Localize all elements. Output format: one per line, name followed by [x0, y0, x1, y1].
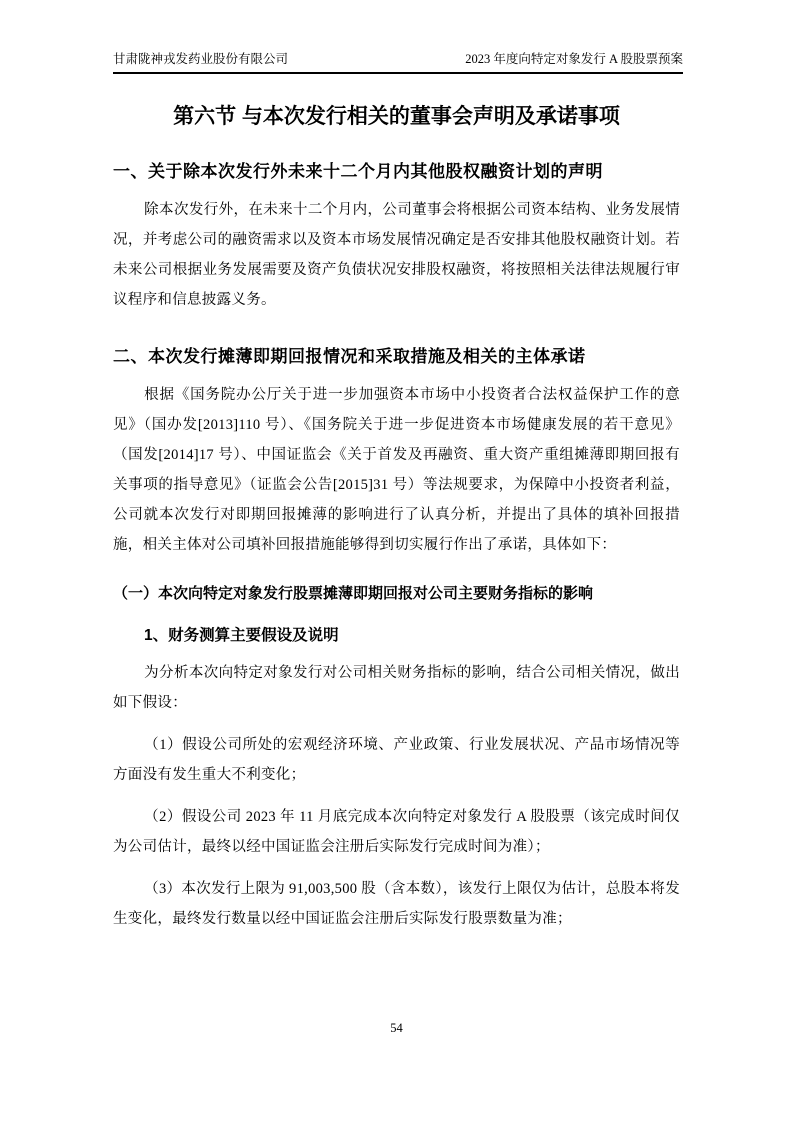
- document-content: 第六节 与本次发行相关的董事会声明及承诺事项 一、关于除本次发行外未来十二个月内…: [113, 76, 680, 934]
- header-doc-type: 2023 年度向特定对象发行 A 股股票预案: [465, 52, 683, 67]
- assumptions-intro-paragraph: 为分析本次向特定对象发行对公司相关财务指标的影响，结合公司相关情况，做出如下假设…: [113, 658, 680, 718]
- subsection-1-1-heading: 1、财务测算主要假设及说明: [113, 625, 680, 646]
- assumption-item-1: （1）假设公司所处的宏观经济环境、产业政策、行业发展状况、产品市场情况等方面没有…: [113, 730, 680, 790]
- subsection-1-heading: （一）本次向特定对象发行股票摊薄即期回报对公司主要财务指标的影响: [113, 583, 680, 604]
- section-1-paragraph: 除本次发行外，在未来十二个月内，公司董事会将根据公司资本结构、业务发展情况，并考…: [113, 195, 680, 315]
- page-footer: 54: [0, 1021, 793, 1036]
- assumption-item-3: （3）本次发行上限为 91,003,500 股（含本数），该发行上限仅为估计，总…: [113, 874, 680, 934]
- document-page: 甘肃陇神戎发药业股份有限公司 2023 年度向特定对象发行 A 股股票预案 第六…: [0, 0, 793, 1122]
- header-company-name: 甘肃陇神戎发药业股份有限公司: [113, 52, 288, 67]
- chapter-title: 第六节 与本次发行相关的董事会声明及承诺事项: [113, 103, 680, 130]
- page-number: 54: [390, 1021, 403, 1035]
- assumption-item-2: （2）假设公司 2023 年 11 月底完成本次向特定对象发行 A 股股票（该完…: [113, 802, 680, 862]
- section-1-heading: 一、关于除本次发行外未来十二个月内其他股权融资计划的声明: [113, 160, 680, 183]
- section-2-heading: 二、本次发行摊薄即期回报情况和采取措施及相关的主体承诺: [113, 345, 680, 368]
- section-2-intro-paragraph: 根据《国务院办公厅关于进一步加强资本市场中小投资者合法权益保护工作的意见》（国办…: [113, 380, 680, 560]
- page-header: 甘肃陇神戎发药业股份有限公司 2023 年度向特定对象发行 A 股股票预案: [113, 0, 683, 74]
